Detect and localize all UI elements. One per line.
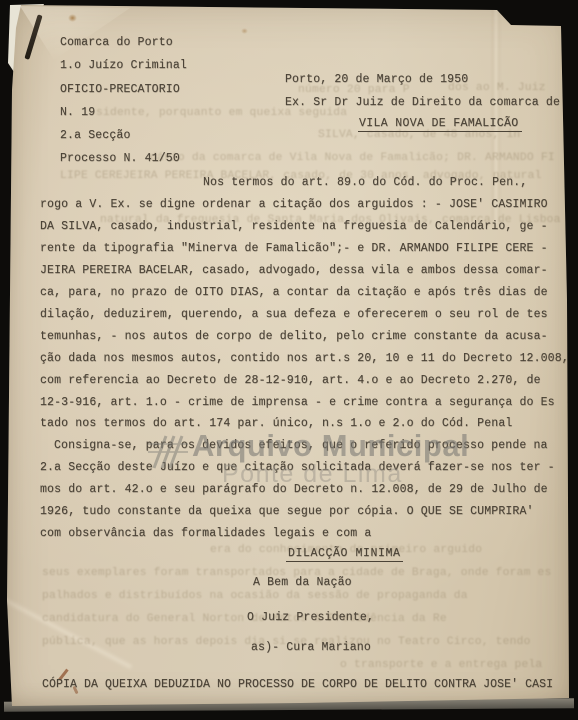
bleedthrough-text: o transporte e a entrega pela [340,659,542,671]
typed-line: ca, para, no prazo de OITO DIAS, a conta… [40,286,570,299]
date-line: Porto, 20 de Março de 1950 [285,73,468,86]
header-line: Processo N. 41/50 [60,147,187,170]
paper-crease [0,595,132,669]
watermark-title: Arquivo Municipal [192,428,469,464]
ink-stain [68,14,77,22]
typed-line: ção dada nos mesmos autos, contido nos a… [40,352,570,365]
typed-line: 1926, tudo constante da queixa que segue… [40,505,570,518]
footer-copy-line: CÓPIA DA QUEIXA DEDUZIDA NO PROCESSO DE … [42,678,553,691]
archive-logo-icon [146,432,190,472]
dilation-heading: DILACÇÃO MINIMA [286,547,403,562]
typed-line: rente da tipografia "Minerva de Famalicã… [40,242,570,255]
typed-line: 12-3-916, art. 1.o - crime de imprensa -… [40,396,570,409]
typed-line: Nos termos do art. 89.o do Cód. do Proc.… [40,176,578,189]
typed-line: JEIRA PEREIRA BACELAR, casado, advogado,… [40,264,570,277]
bleedthrough-text: palhados e distribuídos na ocasião da se… [42,590,468,602]
paper-crease [492,6,500,226]
bleedthrough-text: candidatura do General Norton de Matos à… [42,613,447,625]
closing-title: O Juiz Presidente, [247,611,374,624]
signature-line: as)- Cura Mariano [251,641,371,654]
header-line: 1.o Juízo Criminal [60,54,187,77]
header-line: 2.a Secção [60,124,187,147]
typed-line: DA SILVA, casado, industrial, residente … [40,220,570,233]
scanned-document: número 20 para Pdos ao M. Juizsidente, p… [0,0,578,720]
document-paper: número 20 para Pdos ao M. Juizsidente, p… [0,0,578,720]
header-line: Comarca do Porto [60,31,187,54]
addressee-place: VILA NOVA DE FAMALICÃO [358,117,522,132]
bleedthrough-text: dário da comarca de Vila Nova de Famalic… [150,152,555,164]
closing-motto: A Bem da Nação [253,576,352,589]
typed-line: com referencia ao Decreto de 28-12-910, … [40,374,570,387]
ink-stain [241,28,248,34]
typed-line: dilação, deduzirem, querendo, a sua defe… [40,308,570,321]
document-header-block: Comarca do Porto1.o Juízo CriminalOFICIO… [60,31,187,171]
typed-line: rogo a V. Ex. se digne ordenar a citação… [40,198,570,211]
watermark-subtitle: Ponte de Lima [222,460,403,489]
header-line: N. 19 [60,101,187,124]
addressee-line: Ex. Sr Dr Juiz de Direito da comarca de [285,96,560,109]
typed-line: com observância das formalidades legais … [40,527,570,540]
typed-line: temunhas, - nos autos de corpo de delito… [40,330,570,343]
header-line: OFICIO-PRECATORIO [60,78,187,101]
